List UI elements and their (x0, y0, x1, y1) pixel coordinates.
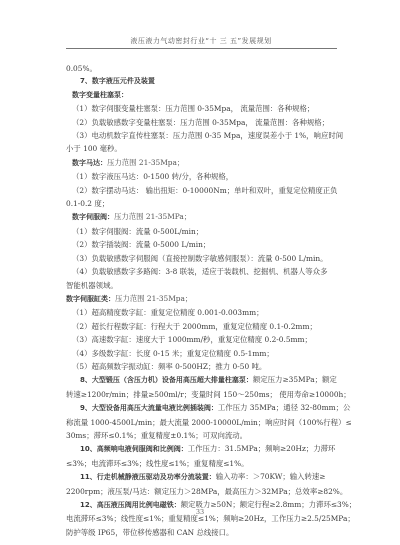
paragraph-line: 0.1-0.2 度； (66, 197, 337, 210)
header-divider (66, 48, 337, 49)
list-item: （2）超长行程数字缸：行程大于 2000mm，重复定位精度 0.1-0.2mm； (66, 320, 337, 333)
list-item: （2）数字摆动马达： 输出扭矩：0-10000Nm；单叶和双叶，重复定位精度正负 (66, 184, 337, 197)
section-heading-7: 7、数字液压元件及装置 (66, 75, 337, 88)
list-item: （4）多级数字缸：长度 0-15 米；重复定位精度 0.5-1mm； (66, 347, 337, 360)
list-item: （3）电动机数字直传柱塞泵：压力范围 0-35 Mpa，速度误差小于 1%，响应… (66, 129, 337, 142)
paragraph-line: 0.05%。 (66, 62, 337, 75)
paragraph-line: 2200rpm；液压泵/马达：额定压力＞28MPa，最高压力＞32MPa；总效率… (66, 485, 337, 498)
section-heading-10: 10、高频响电液伺服阀和比例阀：工作压力：31.5MPa；频响≥20Hz；力滞环 (66, 442, 337, 456)
section-heading-11: 11、行走机械静液压驱动及功率分流装置：输入功率：＞70KW；输入转速≥ (66, 470, 337, 484)
section-label: 10、高频响电液伺服阀和比例阀： (80, 445, 188, 453)
subheading-label: 数字马达： (72, 159, 107, 167)
paragraph-line: 转速≥1200r/min；排量≥500ml/r；变量时间 150～250ms； … (66, 388, 337, 401)
subheading-digital-variable-piston-pump: 数字变量柱塞泵： (66, 89, 337, 102)
list-item: （4）负载敏感数字多路阀：3-8 联装，适应于装载机、挖掘机、机器人等众多 (66, 265, 337, 278)
list-item: （2）负载敏感数字变量柱塞泵：压力范围 0-35Mpa， 流量范围：各种规格； (66, 116, 337, 129)
document-body: 0.05%。 7、数字液压元件及装置 数字变量柱塞泵： （1）数字伺服变量柱塞泵… (66, 62, 337, 539)
subheading-value: 压力范围 21-35Mpa； (115, 294, 192, 303)
section-text: 输入功率：＞70KW；输入转速≥ (216, 472, 326, 481)
subheading-digital-servo-cylinder: 数字伺服缸类：压力范围 21-35Mpa； (66, 292, 337, 306)
section-label: 11、行走机械静液压驱动及功率分流装置： (80, 473, 216, 481)
section-label: 9、大型设备用高压大流量电液比例插装阀： (80, 404, 218, 412)
page-header: 液压液力气动密封行业“十 三 五”发展规划 (66, 37, 336, 48)
paragraph-line: 30ms；滞环≤0.1%；重复精度±0.1%；可双向流动。 (66, 429, 337, 442)
list-item: （2）数字插装阀：流量 0-5000 L/min； (66, 238, 337, 251)
section-text: 工作压力：31.5MPa；频响≥20Hz；力滞环 (188, 444, 336, 453)
section-text: 额定压力≥35MPa；额定 (253, 375, 337, 384)
paragraph-line: ≤3%；电流滞环≤3%；线性度≤1%；重复精度≤1%。 (66, 457, 337, 470)
paragraph-line: 防护等级 IP65，带位移传感器和 CAN 总线接口。 (66, 526, 337, 539)
page-number: 33 (0, 508, 400, 516)
paragraph-line: 小于 100 毫秒。 (66, 142, 337, 155)
paragraph-line: 智能机器领域。 (66, 279, 337, 292)
section-label: 8、大型锻压（含压力机）设备用高压超大排量柱塞泵： (80, 376, 253, 384)
subheading-digital-motor: 数字马达：压力范围 21-35Mpa； (66, 156, 337, 170)
subheading-label: 数字伺服阀： (72, 213, 114, 221)
list-item: （1）超高精度数字缸：重复定位精度 0.001-0.003mm； (66, 306, 337, 319)
list-item: （1）数字伺服阀：流量 0-500L/min； (66, 225, 337, 238)
subheading-value: 压力范围 21-35MPa； (114, 212, 191, 221)
subheading-digital-servo-valve: 数字伺服阀：压力范围 21-35MPa； (66, 210, 337, 224)
paragraph-line: 称流量 1000-4500L/min；最大流量 2000-10000L/min；… (66, 416, 337, 429)
list-item: （3）高速数字缸：速度大于 1000mm/秒，重复定位精度 0.2-0.5mm； (66, 333, 337, 346)
list-item: （1）数字伺服变量柱塞泵：压力范围 0-35Mpa， 流量范围：各种规格； (66, 102, 337, 115)
list-item: （3）负载敏感数字伺服阀（直接控制数字敏感伺服泵）：流量 0-500 L/min… (66, 252, 337, 265)
subheading-value: 压力范围 21-35Mpa； (107, 158, 184, 167)
section-text: 工作压力 35MPa；通径 32-80mm；公 (218, 403, 351, 412)
subheading-label: 数字伺服缸类： (66, 295, 115, 303)
section-heading-9: 9、大型设备用高压大流量电液比例插装阀：工作压力 35MPa；通径 32-80m… (66, 401, 337, 415)
section-heading-8: 8、大型锻压（含压力机）设备用高压超大排量柱塞泵：额定压力≥35MPa；额定 (66, 373, 337, 387)
list-item: （5）超高频数字振动缸：频率 0-500HZ；推力 0-50 吨。 (66, 360, 337, 373)
list-item: （1）数字液压马达：0-1500 转/分，各种规格， (66, 170, 337, 183)
